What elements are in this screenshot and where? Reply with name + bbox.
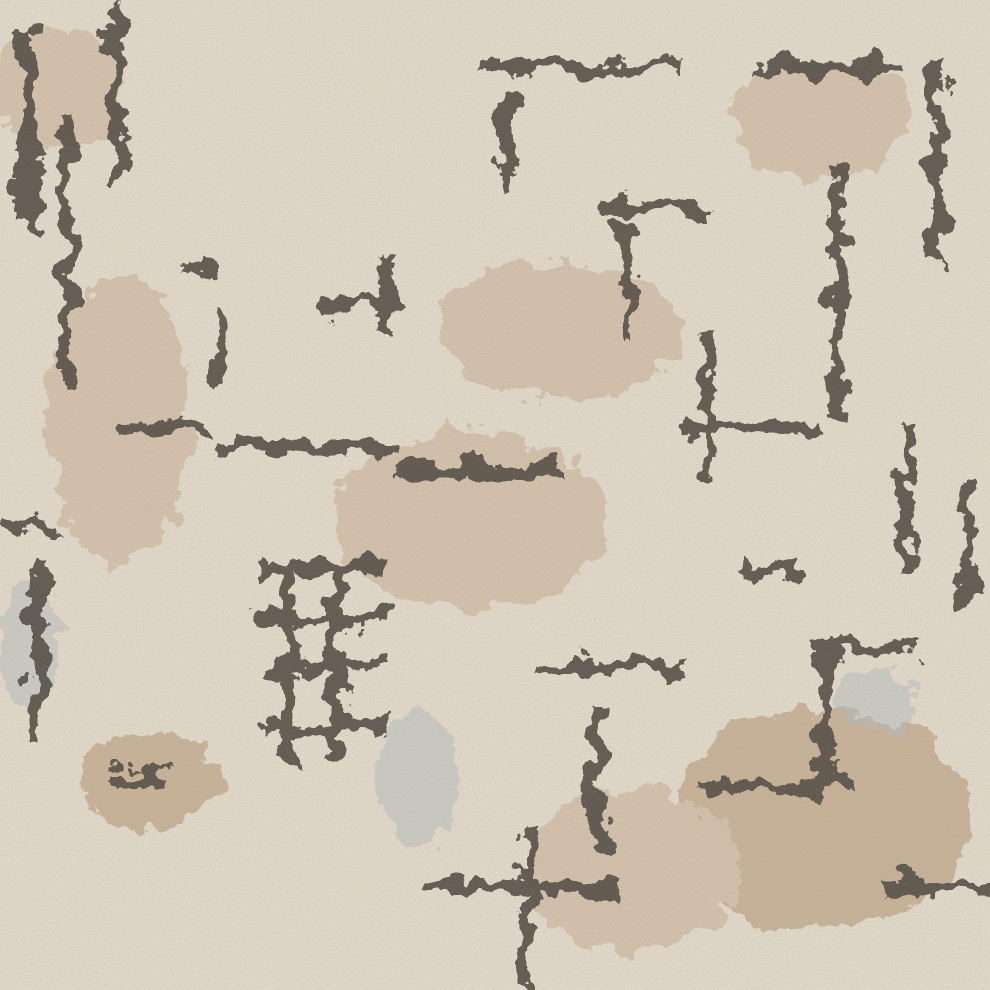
rug-texture-photo [0, 0, 990, 990]
pile-grain-overlay [0, 0, 990, 990]
rug-texture-illustration [0, 0, 990, 990]
